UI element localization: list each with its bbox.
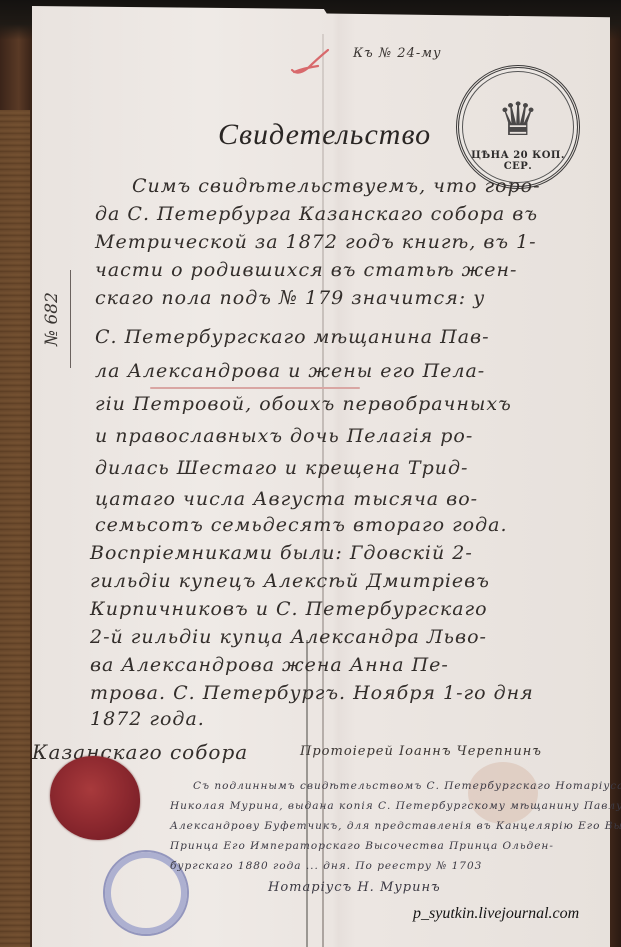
body-line: да С. Петербурга Казанскаго собора въ: [95, 203, 538, 225]
body-line: скаго пола подъ № 179 значится: у: [95, 287, 485, 309]
priest-signature: Протоіерей Іоаннъ Черепнинъ: [300, 744, 542, 759]
red-wax-seal: [50, 756, 140, 840]
notary-signature: Нотаріусъ Н. Муринъ: [268, 880, 441, 895]
notary-line: Съ подлиннымъ свидѣтельствомъ С. Петербу…: [193, 780, 621, 792]
body-line: части о родившихся въ статьѣ жен-: [95, 259, 517, 281]
body-line: Метрической за 1872 годъ книгѣ, въ 1-: [95, 231, 537, 253]
body-line: Кирпичниковъ и С. Петербургскаго: [90, 598, 488, 620]
body-line: дилась Шестаго и крещена Трид-: [95, 457, 468, 479]
reference-number: Къ № 24-му: [353, 46, 442, 61]
body-line: Симъ свидѣтельствуемъ, что горо-: [132, 175, 541, 197]
margin-rule: [70, 270, 71, 368]
notary-line: бургскаго 1880 года ... дня. По реестру …: [170, 860, 482, 872]
body-line: 2-й гильдіи купца Александра Льво-: [90, 626, 487, 648]
margin-register-number: № 682: [42, 292, 62, 346]
body-line: ва Александрова жена Анна Пе-: [90, 654, 449, 676]
body-line: и православныхъ дочь Пелагія ро-: [95, 425, 473, 447]
body-line: С. Петербургскаго мѣщанина Пав-: [95, 326, 490, 348]
stamp-price-text: ЦѢНА 20 КОП. СЕР.: [459, 150, 577, 172]
body-line: 1872 года.: [90, 708, 205, 730]
body-line: ла Александрова и жены его Пела-: [95, 360, 485, 382]
body-line: Воспріемниками были: Гдовскій 2-: [90, 542, 473, 564]
church-name: Казанскаго собора: [32, 740, 248, 764]
revenue-stamp: ♛ ЦѢНА 20 КОП. СЕР.: [456, 65, 580, 189]
body-line: гіи Петровой, обоихъ первобрачныхъ: [95, 393, 512, 415]
red-pencil-mark-icon: [288, 48, 334, 78]
body-line: семьсотъ семьдесятъ втораго года.: [95, 514, 508, 536]
watermark-text: p_syutkin.livejournal.com: [413, 905, 579, 923]
notary-line: Александрову Буфетчикъ, для представлені…: [170, 820, 621, 832]
body-line: трова. С. Петербургъ. Ноября 1-го дня: [90, 682, 534, 704]
body-line: гильдіи купецъ Алексѣй Дмитріевъ: [90, 570, 490, 592]
body-line: цатаго числа Августа тысяча во-: [95, 488, 478, 510]
red-underline: [150, 387, 360, 389]
document-title: Свидетельство: [218, 118, 431, 152]
notary-line: Николая Мурина, выдана копія С. Петербур…: [170, 800, 621, 812]
double-headed-eagle-icon: ♛: [497, 92, 538, 146]
notary-line: Принца Его Императорскаго Высочества При…: [170, 840, 554, 852]
faded-seal-mark: [468, 762, 538, 824]
background-cloth: [0, 110, 30, 947]
